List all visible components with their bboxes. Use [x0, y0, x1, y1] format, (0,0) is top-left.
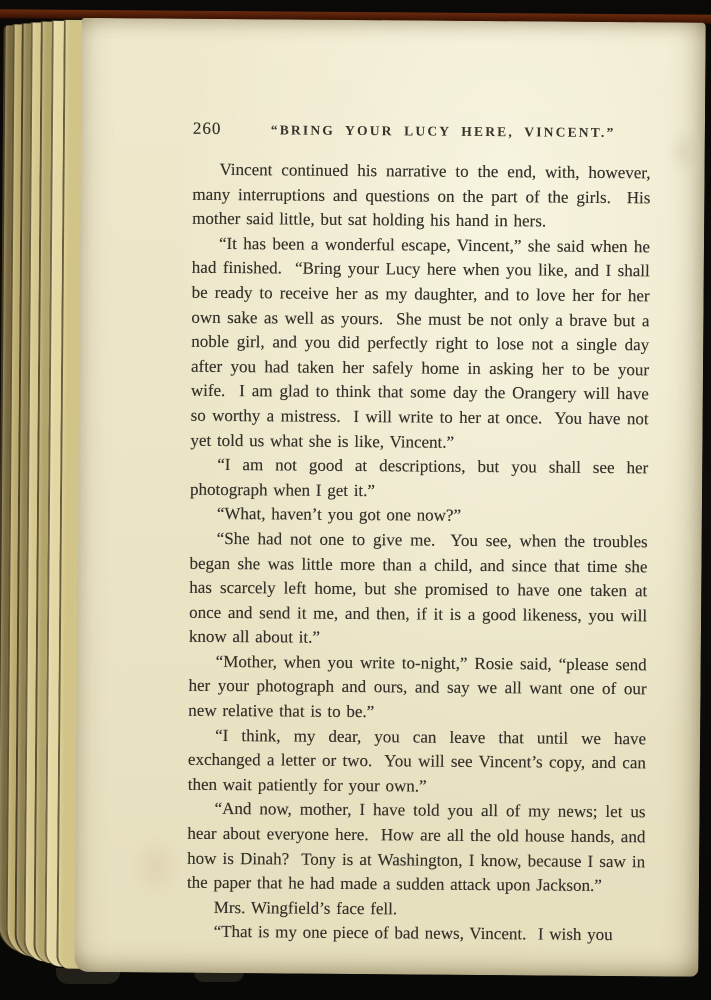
paragraph: “What, haven’t you got one now?” — [190, 502, 648, 530]
text-block: 260 “BRING YOUR LUCY HERE, VINCENT.” Vin… — [187, 119, 651, 949]
book-spread: 260 “BRING YOUR LUCY HERE, VINCENT.” Vin… — [0, 0, 711, 1000]
paragraph: “That is my one piece of bad news, Vince… — [187, 920, 645, 948]
paragraph: “Mother, when you write to-night,” Rosie… — [188, 650, 647, 727]
paragraph: “I am not good at descriptions, but you … — [190, 453, 648, 506]
paragraph: “And now, mother, I have told you all of… — [187, 797, 646, 899]
paragraph: Vincent continued his narrative to the e… — [192, 158, 651, 235]
paragraph: “She had not one to give me. You see, wh… — [189, 527, 648, 654]
book-scan: 260 “BRING YOUR LUCY HERE, VINCENT.” Vin… — [0, 0, 711, 1000]
paragraph: “It has been a wonderful escape, Vincent… — [190, 231, 650, 456]
paper-stain — [666, 127, 700, 175]
paragraphs: Vincent continued his narrative to the e… — [187, 158, 651, 949]
running-title: “BRING YOUR LUCY HERE, VINCENT.” — [221, 122, 651, 141]
paper-stain — [127, 833, 186, 899]
paragraph: “I think, my dear, you can leave that un… — [188, 723, 647, 800]
page-number: 260 — [193, 119, 222, 139]
book-page: 260 “BRING YOUR LUCY HERE, VINCENT.” Vin… — [74, 18, 705, 977]
paragraph: Mrs. Wingfield’s face fell. — [187, 896, 645, 924]
page-header: 260 “BRING YOUR LUCY HERE, VINCENT.” — [193, 119, 651, 143]
